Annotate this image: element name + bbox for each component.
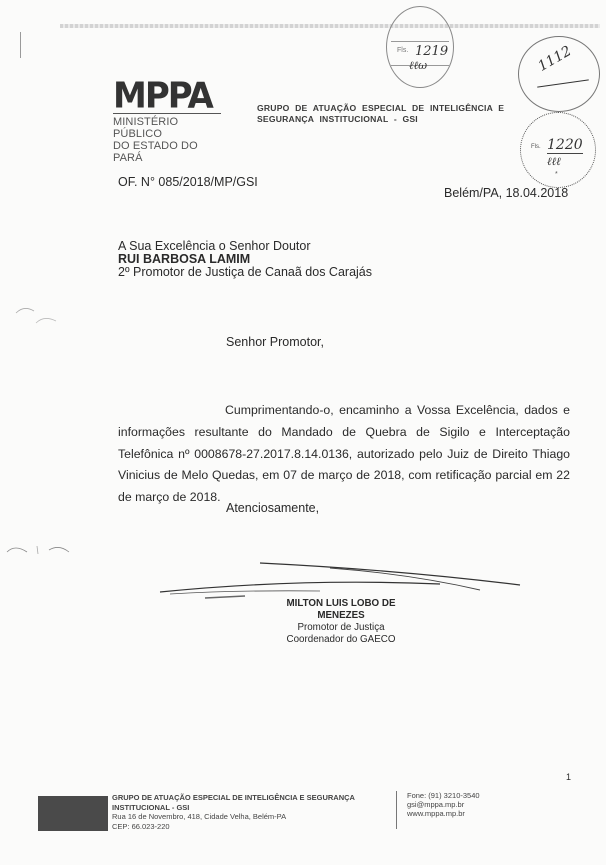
- salutation: Senhor Promotor,: [226, 335, 324, 349]
- footer-contact: Fone: (91) 3210-3540 gsi@mppa.mp.br www.…: [407, 791, 480, 818]
- recipient-title: 2º Promotor de Justiça de Canaã dos Cara…: [118, 266, 372, 279]
- footer-address: GRUPO DE ATUAÇÃO ESPECIAL DE INTELIGÊNCI…: [112, 793, 355, 831]
- group-title-line-2: SEGURANÇA INSTITUCIONAL - GSI: [257, 114, 504, 125]
- page-number: 1: [566, 772, 571, 782]
- handwritten-signature: [150, 560, 530, 600]
- scan-artifact-mark: [20, 32, 21, 58]
- stamp-number: 1112: [535, 43, 574, 75]
- signer-role: Promotor de Justiça: [262, 622, 420, 634]
- body-text: Cumprimentando-o, encaminho a Vossa Exce…: [118, 403, 570, 504]
- footer-phone: Fone: (91) 3210-3540: [407, 791, 480, 800]
- footer-website[interactable]: www.mppa.mp.br: [407, 809, 480, 818]
- footer-divider: [396, 791, 397, 829]
- stamp-label: Fls.: [397, 47, 408, 54]
- footer-logo-block: [38, 796, 108, 831]
- recipient-block: A Sua Excelência o Senhor Doutor RUI BAR…: [118, 240, 372, 279]
- handwritten-initials: ℓℓℓ: [547, 155, 561, 168]
- mppa-logo: MPPA MINISTÉRIO PÚBLICO DO ESTADO DO PAR…: [113, 80, 225, 164]
- logo-mark: MPPA: [113, 79, 225, 113]
- footer-org-line-2: INSTITUCIONAL - GSI: [112, 803, 355, 813]
- group-title-line-1: GRUPO DE ATUAÇÃO ESPECIAL DE INTELIGÊNCI…: [257, 103, 504, 114]
- page-stamp-1220: Fls. 1220 ℓℓℓ *: [520, 112, 596, 188]
- scan-artifact-strip: [60, 24, 600, 28]
- closing: Atenciosamente,: [226, 501, 319, 515]
- signer-position: Coordenador do GAECO: [262, 634, 420, 646]
- signature-block: MILTON LUIS LOBO DE MENEZES Promotor de …: [262, 598, 420, 646]
- footer-street: Rua 16 de Novembro, 418, Cidade Velha, B…: [112, 812, 355, 822]
- logo-line-2: DO ESTADO DO PARÁ: [113, 140, 225, 164]
- group-title: GRUPO DE ATUAÇÃO ESPECIAL DE INTELIGÊNCI…: [257, 103, 504, 125]
- star-icon: *: [555, 171, 558, 178]
- stamp-label: Fls.: [531, 144, 541, 150]
- document-reference: OF. N° 085/2018/MP/GSI: [118, 175, 258, 189]
- signer-name: MILTON LUIS LOBO DE MENEZES: [262, 598, 420, 622]
- scan-artifact-marks: [10, 305, 70, 335]
- footer-org-line-1: GRUPO DE ATUAÇÃO ESPECIAL DE INTELIGÊNCI…: [112, 793, 355, 803]
- stamp-number: 1220: [547, 137, 583, 154]
- logo-line-1: MINISTÉRIO PÚBLICO: [113, 116, 225, 140]
- place-date: Belém/PA, 18.04.2018: [444, 186, 568, 200]
- stamp-number: 1219: [415, 44, 448, 59]
- footer-email[interactable]: gsi@mppa.mp.br: [407, 800, 480, 809]
- page-stamp-1112: 1112: [518, 36, 600, 112]
- handwritten-initials: ℓℓω: [409, 59, 427, 72]
- footer-cep: CEP: 66.023-220: [112, 822, 355, 832]
- scan-artifact-marks-lower: [5, 540, 75, 560]
- body-paragraph: Cumprimentando-o, encaminho a Vossa Exce…: [118, 400, 570, 509]
- page-stamp-1219: Fls. 1219 ℓℓω: [386, 6, 454, 88]
